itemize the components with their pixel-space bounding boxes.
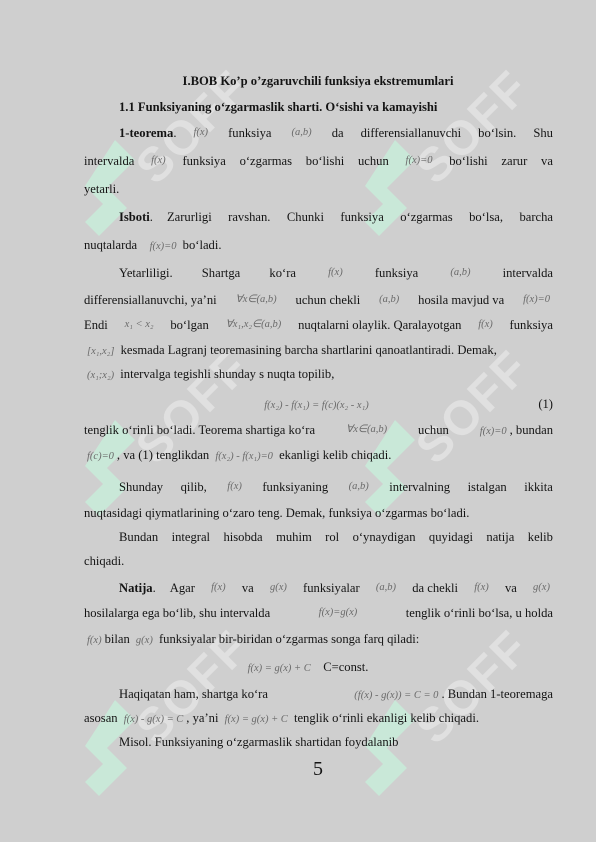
- math-inline: f(x): [471, 580, 492, 596]
- math-inline: f(x): [148, 153, 169, 169]
- sufficiency-line-3: Endi x₁ < x₂ bo‘lgan ∀x₁,x₂∈(a,b) nuqtal…: [84, 317, 553, 333]
- conclusion-line-1: Shundayqilib,f(x)funksiyaning(a,b)interv…: [119, 479, 553, 495]
- word: funksiyalar: [303, 580, 360, 596]
- math-inline: g(x): [267, 580, 290, 596]
- word: o‘zgarmas: [400, 209, 452, 225]
- word: istalgan: [468, 479, 507, 495]
- page-number: 5: [0, 758, 596, 781]
- word: quyidagi: [429, 529, 473, 545]
- math-inline: f(x)=0: [147, 241, 180, 252]
- word: muhim: [276, 529, 312, 545]
- after-eq-line-2: f(c)=0, va (1) tenglikdan f(x₂) - f(x₁)=…: [84, 447, 553, 465]
- theorem-line-2: intervaldaf(x)funksiyao‘zgarmasbo‘lishiu…: [84, 153, 553, 169]
- math-inline: (a,b): [373, 580, 399, 596]
- verification-line-1: Haqiqatan ham, shartga ko‘ra (f(x) - g(x…: [119, 686, 553, 704]
- proof-line-2: nuqtalarda f(x)=0 bo‘ladi.: [84, 237, 553, 255]
- conclusion-line-2: nuqtasidagi qiymatlarining o‘zaro teng. …: [84, 505, 553, 521]
- word: rol: [325, 529, 339, 545]
- theorem-line-1: 1-teorema. f(x)funksiya(a,b)dadifferensi…: [119, 125, 553, 141]
- math-inline: (a,b): [447, 265, 473, 281]
- word: barcha: [519, 209, 553, 225]
- word: uchun: [358, 153, 389, 169]
- word: bo‘lishi: [306, 153, 344, 169]
- word: funksiyaning: [262, 479, 328, 495]
- word: Shartga: [202, 265, 240, 281]
- math-inline: f(x): [224, 479, 245, 495]
- result-line-2: hosilalarga ega bo‘lib, shu intervalda f…: [84, 605, 553, 621]
- word: va: [541, 153, 553, 169]
- word: integral: [172, 529, 210, 545]
- result-line-1: Natija. Agarf(x)vag(x)funksiyalar(a,b)da…: [119, 580, 553, 596]
- word: o‘zgarmas: [240, 153, 292, 169]
- math-inline: f(x): [190, 125, 211, 141]
- word: va: [242, 580, 254, 596]
- word: kelib: [528, 529, 553, 545]
- word: intervalning: [389, 479, 450, 495]
- result-line-3: f(x)bilan g(x) funksiyalar bir-biridan o…: [84, 631, 553, 649]
- theorem-label: 1-teorema: [119, 126, 173, 140]
- word: ko‘ra: [269, 265, 296, 281]
- word: bo‘lishi: [449, 153, 487, 169]
- math-inline: g(x): [530, 580, 553, 596]
- word: va: [505, 580, 517, 596]
- word: o‘ynaydigan: [353, 529, 416, 545]
- document-page: SOFFSOFFSOFFSOFFSOFFSOFF I.BOB Ko’p o’zg…: [0, 0, 596, 842]
- integral-note-line-2: chiqadi.: [84, 553, 553, 569]
- sufficiency-line-4: [x₁,x₂] kesmada Lagranj teoremasining ba…: [84, 342, 553, 360]
- word: ikkita: [524, 479, 553, 495]
- result-formula: f(x) = g(x) + C C=const.: [0, 659, 596, 677]
- word: funksiya: [340, 209, 383, 225]
- word: intervalda: [503, 265, 553, 281]
- after-eq-line-1: tenglik o‘rinli bo‘ladi. Teorema shartig…: [84, 422, 553, 440]
- math-inline: f(x): [208, 580, 229, 596]
- math-inline: (a,b): [346, 479, 372, 495]
- word: ravshan.: [228, 209, 270, 225]
- integral-note-line-1: Bundanintegralhisobdamuhimrolo‘ynaydigan…: [119, 529, 553, 545]
- result-label: Natija: [119, 581, 153, 595]
- math-inline: f(x)=0: [403, 153, 436, 169]
- example-line: Misol. Funksiyaning o‘zgarmaslik shartid…: [119, 734, 553, 750]
- math-inline: (a,b): [289, 125, 315, 141]
- word: Yetarliligi.: [119, 265, 173, 281]
- sufficiency-line-1: Yetarliligi.Shartgako‘raf(x)funksiya(a,b…: [119, 265, 553, 281]
- word: Shunday: [119, 479, 163, 495]
- theorem-line-3: yetarli.: [84, 181, 553, 197]
- verification-line-2: asosan f(x) - g(x) = C, ya’ni f(x) = g(x…: [84, 710, 553, 728]
- word: da: [332, 125, 344, 141]
- proof-line-1: Isboti. Zarurligiravshan.Chunkifunksiyao…: [119, 209, 553, 225]
- section-title: 1.1 Funksiyaning o‘zgarmaslik sharti. O‘…: [119, 99, 588, 115]
- equation-number: (1): [538, 396, 553, 412]
- word: qilib,: [181, 479, 207, 495]
- sufficiency-line-2: differensiallanuvchi, ya’ni ∀x∈(a,b) uch…: [84, 292, 553, 308]
- word: funksiya: [228, 125, 271, 141]
- word: Zarurligi: [167, 209, 212, 225]
- word: Agar: [170, 580, 195, 596]
- proof-label: Isboti: [119, 210, 150, 224]
- word: bo‘lsin.: [478, 125, 516, 141]
- word: differensiallanuvchi: [361, 125, 461, 141]
- word: Bundan: [119, 529, 158, 545]
- equation-1: f(x₂) - f(x₁) = f(c)(x₂ - x₁) (1): [0, 396, 596, 414]
- word: da chekli: [412, 580, 458, 596]
- word: Shu: [533, 125, 553, 141]
- word: funksiya: [182, 153, 225, 169]
- word: hisobda: [223, 529, 262, 545]
- word: bo‘lsa,: [469, 209, 503, 225]
- sufficiency-line-5: (x₁;x₂) intervalga tegishli shunday s nu…: [84, 366, 553, 384]
- word: funksiya: [375, 265, 418, 281]
- word: zarur: [501, 153, 527, 169]
- word: natija: [486, 529, 514, 545]
- chapter-title: I.BOB Ko’p o’zgaruvchili funksiya ekstre…: [0, 73, 596, 89]
- word: Chunki: [287, 209, 324, 225]
- math-inline: f(x): [325, 265, 346, 281]
- word: intervalda: [84, 153, 134, 169]
